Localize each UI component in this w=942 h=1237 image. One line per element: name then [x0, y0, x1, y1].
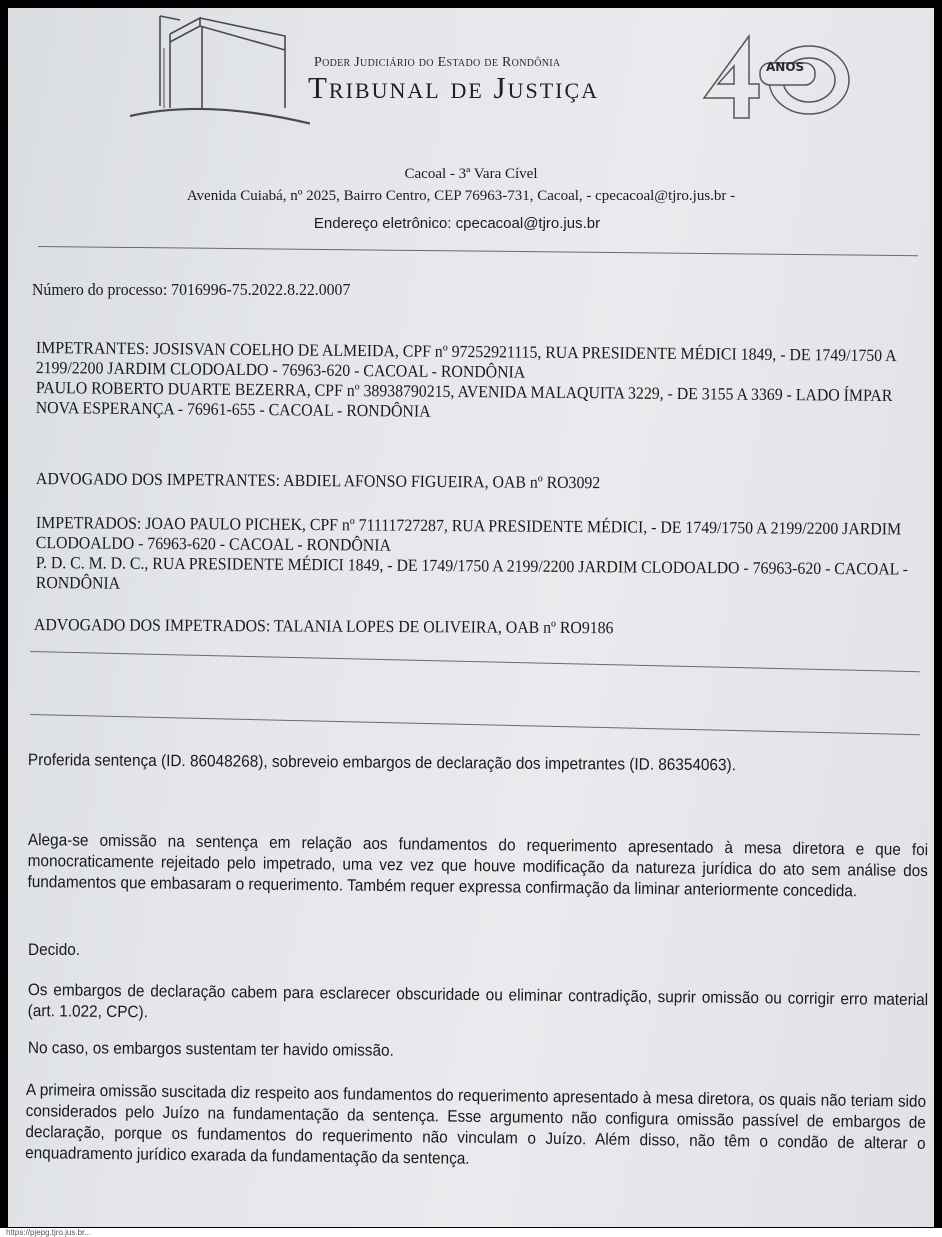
divider [30, 651, 920, 672]
impetrantes-section: IMPETRANTES: JOSISVAN COELHO DE ALMEIDA,… [36, 338, 916, 418]
paragraph: Proferida sentença (ID. 86048268), sobre… [28, 750, 928, 778]
paragraph: Os embargos de declaração cabem para esc… [28, 980, 929, 1032]
electronic-address: Endereço eletrônico: cpecacoal@tjro.jus.… [8, 215, 920, 232]
paragraph: A primeira omissão suscitada diz respeit… [25, 1080, 926, 1176]
court-vara: Cacoal - 3ª Vara Cível [8, 166, 934, 183]
institution-line: Poder Judiciário do Estado de Rondônia [314, 55, 560, 71]
divider [30, 714, 920, 735]
paragraph: Decido. [28, 940, 912, 961]
body-text: A primeira omissão suscitada diz respeit… [26, 1080, 926, 1164]
paragraph: Alega-se omissão na sentença em relação … [27, 830, 928, 903]
court-name: Tribunal de Justiça [308, 70, 599, 106]
anos-label: ANOS [766, 60, 804, 74]
body-text: No caso, os embargos sustentam ter havid… [28, 1038, 908, 1059]
impetrante-2: PAULO ROBERTO DUARTE BEZERRA, CPF nº 389… [36, 378, 920, 426]
body-text: Alega-se omissão na sentença em relação … [28, 830, 928, 893]
body-text: Os embargos de declaração cabem para esc… [28, 980, 928, 1022]
impetrados-section: IMPETRADOS: JOAO PAULO PICHEK, CPF nº 71… [36, 513, 916, 593]
courthouse-building-icon [130, 8, 310, 128]
divider [38, 246, 918, 256]
impetrado-2: P. D. C. M. D. C., RUA PRESIDENTE MÉDICI… [36, 553, 920, 600]
url-footer: https://pjepg.tjro.jus.br... [0, 1228, 942, 1237]
paragraph: No caso, os embargos sustentam ter havid… [28, 1038, 912, 1066]
court-address: Avenida Cuiabá, nº 2025, Bairro Centro, … [8, 188, 924, 205]
body-text: Decido. [28, 940, 908, 961]
advogado-impetrados: ADVOGADO DOS IMPETRADOS: TALANIA LOPES D… [34, 615, 914, 635]
impetrado-1: IMPETRADOS: JOAO PAULO PICHEK, CPF nº 71… [36, 513, 920, 560]
body-text: Proferida sentença (ID. 86048268), sobre… [28, 750, 928, 771]
process-number: Número do processo: 7016996-75.2022.8.22… [32, 280, 912, 300]
advogado-impetrantes: ADVOGADO DOS IMPETRANTES: ABDIEL AFONSO … [36, 469, 916, 489]
document-page: Poder Judiciário do Estado de Rondônia T… [8, 8, 934, 1227]
